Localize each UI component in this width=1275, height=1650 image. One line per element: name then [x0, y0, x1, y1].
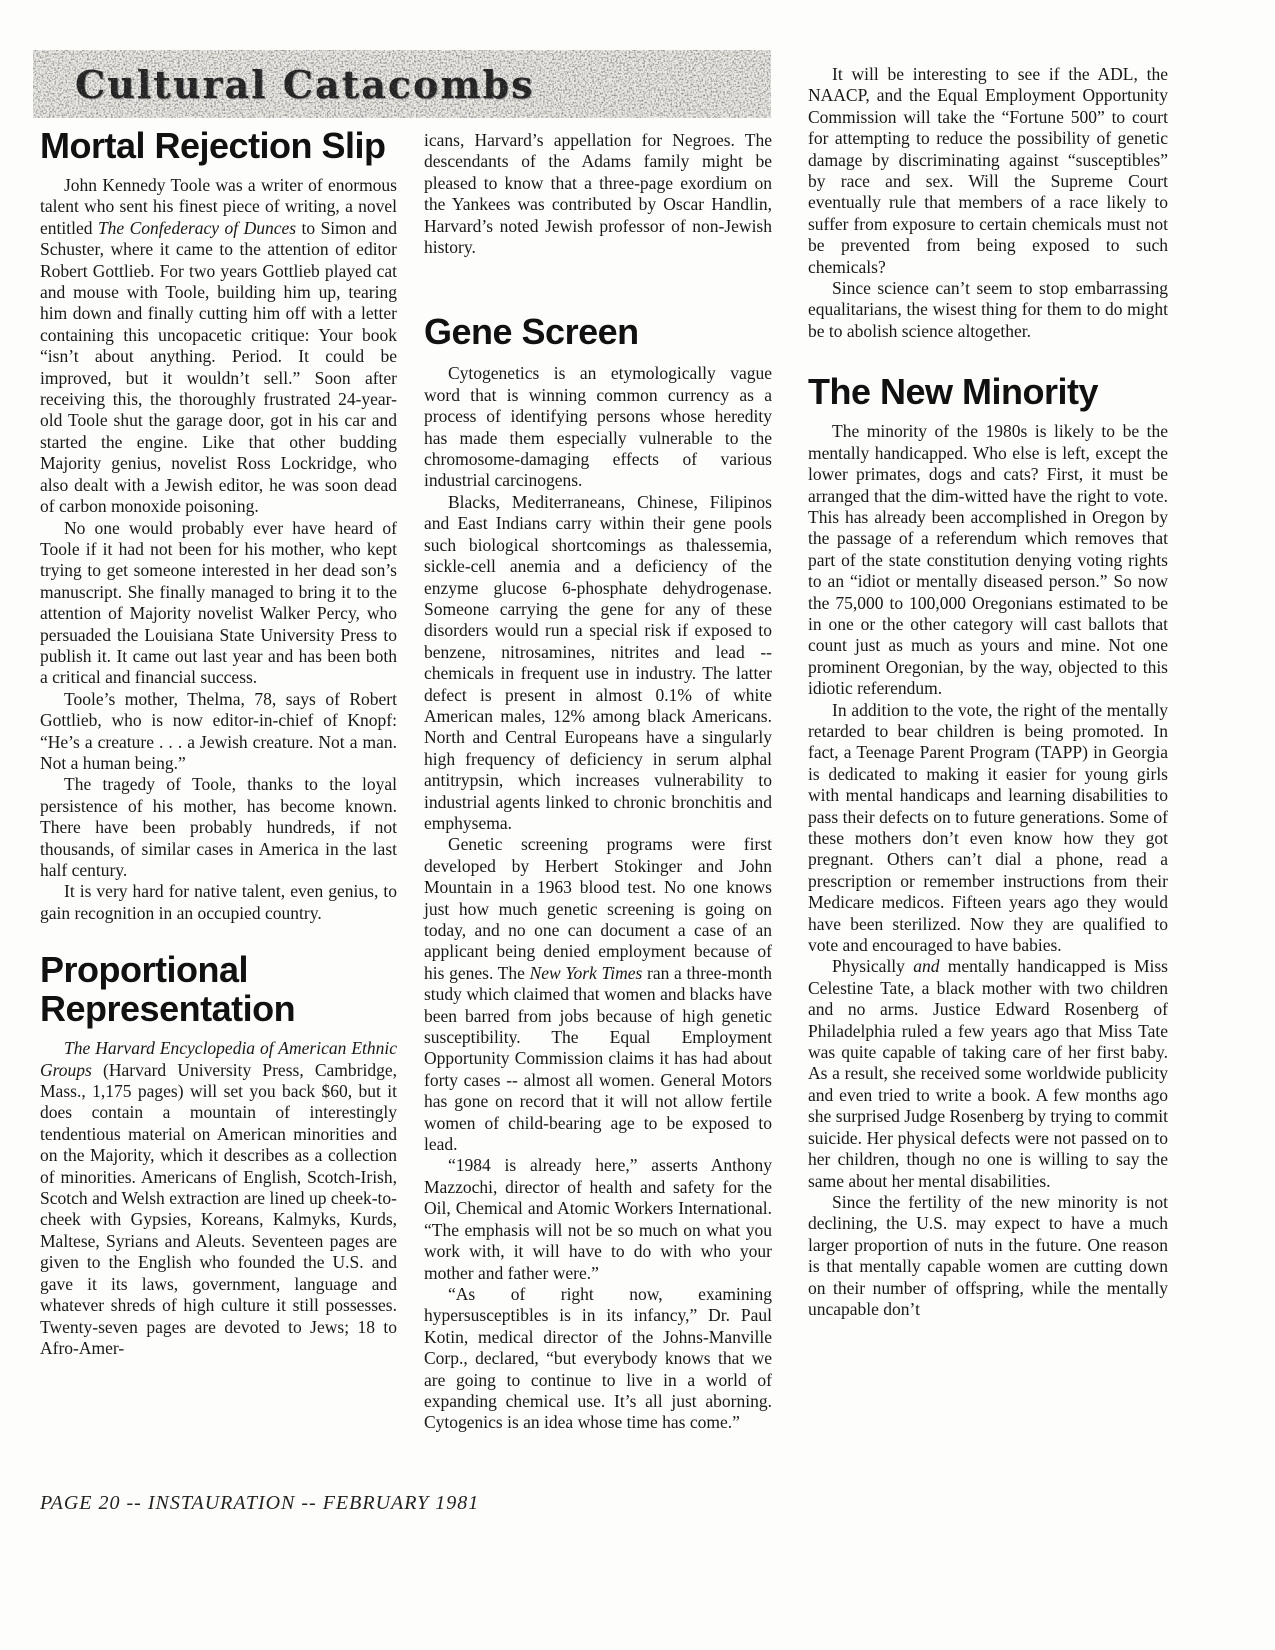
article-title-the-new-minority: The New Minority: [808, 372, 1168, 411]
paragraph: “1984 is already here,” asserts Anthony …: [424, 1155, 772, 1283]
paragraph-continuation: icans, Harvard’s appellation for Negroes…: [424, 130, 772, 258]
column-left: Mortal Rejection Slip John Kennedy Toole…: [40, 122, 397, 1359]
magazine-page: Cultural Catacombs Mortal Rejection Slip…: [0, 0, 1275, 1650]
paragraph: The tragedy of Toole, thanks to the loya…: [40, 774, 397, 881]
paragraph: Since the fertility of the new minority …: [808, 1192, 1168, 1320]
article-title-proportional-representation: Proportional Representation: [40, 950, 397, 1028]
article-title-mortal-rejection-slip: Mortal Rejection Slip: [40, 126, 397, 165]
paragraph: It is very hard for native talent, even …: [40, 881, 397, 924]
paragraph: “As of right now, examining hypersuscept…: [424, 1284, 772, 1434]
paragraph: John Kennedy Toole was a writer of enorm…: [40, 175, 397, 518]
paragraph: The minority of the 1980s is likely to b…: [808, 421, 1168, 699]
page-footer: PAGE 20 -- INSTAURATION -- FEBRUARY 1981: [40, 1492, 479, 1515]
column-middle: icans, Harvard’s appellation for Negroes…: [424, 130, 772, 1434]
paragraph: Blacks, Mediterraneans, Chinese, Filipin…: [424, 492, 772, 835]
paragraph: Since science can’t seem to stop embarra…: [808, 278, 1168, 342]
paragraph: Cytogenetics is an etymologically vague …: [424, 363, 772, 491]
paragraph: No one would probably ever have heard of…: [40, 518, 397, 689]
paragraph-continuation: It will be interesting to see if the ADL…: [808, 64, 1168, 278]
section-banner: Cultural Catacombs: [33, 50, 771, 118]
paragraph: The Harvard Encyclopedia of American Eth…: [40, 1038, 397, 1359]
paragraph: In addition to the vote, the right of th…: [808, 700, 1168, 957]
paragraph: Genetic screening programs were first de…: [424, 834, 772, 1155]
banner-noise-overlay: [33, 50, 771, 118]
article-title-gene-screen: Gene Screen: [424, 312, 772, 351]
paragraph: Physically and mentally handicapped is M…: [808, 956, 1168, 1191]
column-right: It will be interesting to see if the ADL…: [808, 64, 1168, 1320]
paragraph: Toole’s mother, Thelma, 78, says of Robe…: [40, 689, 397, 775]
